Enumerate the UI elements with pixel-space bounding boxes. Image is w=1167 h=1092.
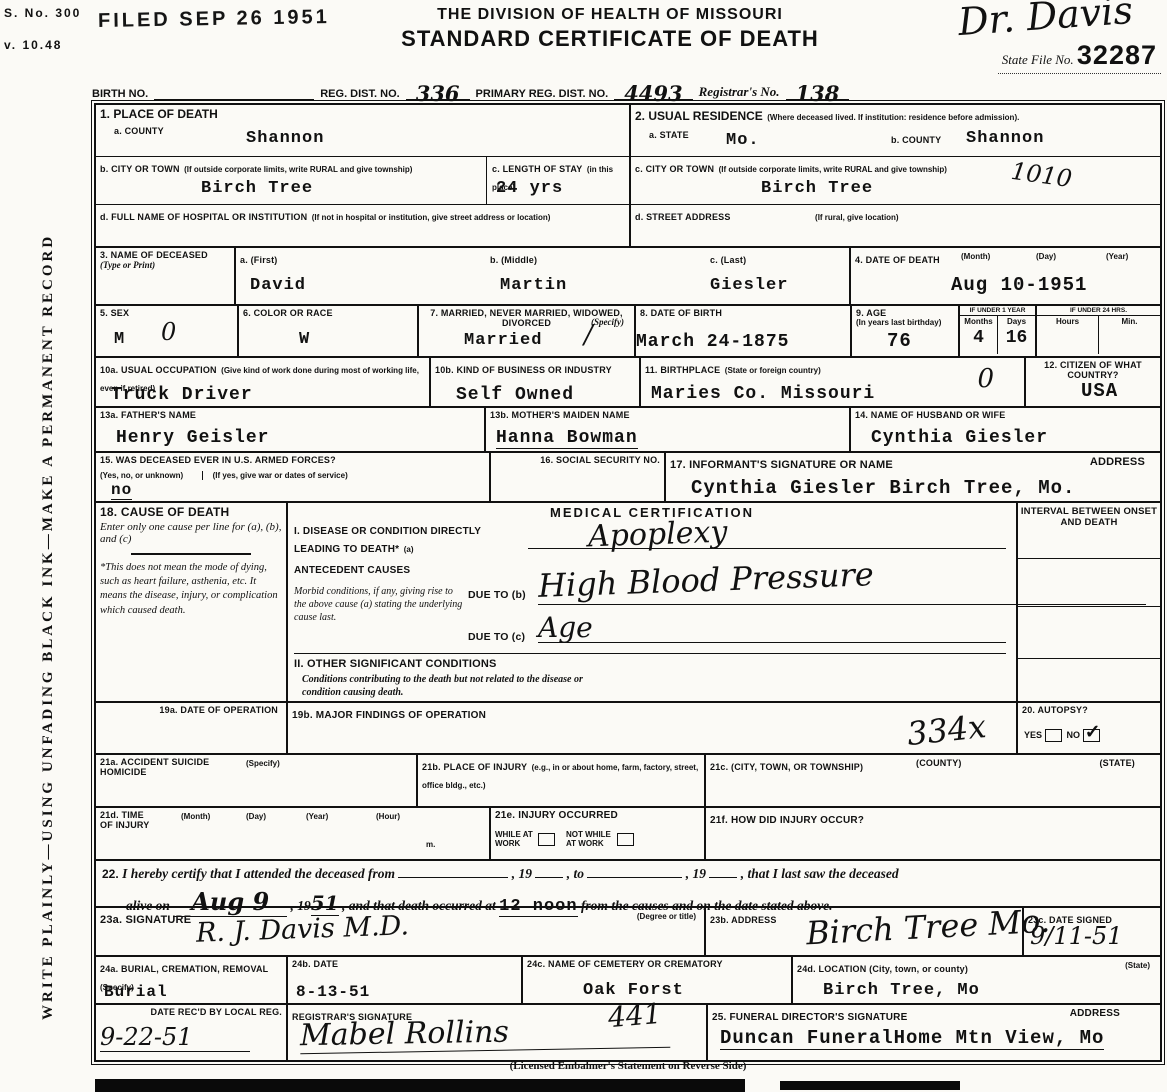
ur-title-note: (Where deceased lived. If institution: r… [767, 113, 1019, 122]
sex-label: 5. SEX [100, 308, 233, 318]
embalmer-note: (Licensed Embalmer's Statement on Revers… [94, 1060, 1162, 1072]
citizen-cell: 12. CITIZEN OF WHAT COUNTRY? USA [1026, 358, 1160, 406]
burial-location-label: 24d. LOCATION (City, town, or county) [797, 964, 968, 974]
burial-location-cell: 24d. LOCATION (City, town, or county) (S… [793, 957, 1160, 1003]
mother-value: Hanna Bowman [496, 428, 638, 449]
certify-blank-to [587, 864, 682, 878]
injury-occurred-label: 21e. INJURY OCCURRED [495, 810, 700, 821]
certify-number: 22. [102, 867, 119, 881]
age-under24-cells: Hours Min. [1037, 316, 1160, 354]
mother-label: 13b. MOTHER'S MAIDEN NAME [490, 410, 845, 420]
injury-occurred-options: WHILE AT WORK NOT WHILE AT WORK [495, 830, 634, 848]
operation-findings-cell: 19b. MAJOR FINDINGS OF OPERATION 334x [288, 703, 1018, 753]
spouse-label: 14. NAME OF HUSBAND OR WIFE [855, 410, 1156, 420]
due-b-label: DUE TO (b) [468, 589, 526, 601]
autopsy-cell: 20. AUTOPSY? YES NO ✓ [1018, 703, 1160, 753]
father-cell: 13a. FATHER'S NAME Henry Geisler [96, 408, 486, 451]
time-suffix: m. [426, 840, 435, 849]
interval-header: INTERVAL BETWEEN ONSET AND DEATH [1018, 503, 1160, 531]
header: FILED SEP 26 1951 THE DIVISION OF HEALTH… [90, 0, 1167, 75]
row-registrar: DATE REC'D BY LOCAL REG. 9-22-51 REGISTR… [96, 1005, 1160, 1060]
age-under1-cells: Months 4 Days 16 [960, 316, 1035, 354]
spouse-value: Cynthia Giesler [871, 428, 1048, 448]
row-operation: 19a. DATE OF OPERATION 19b. MAJOR FINDIN… [96, 703, 1160, 755]
color-race-cell: 6. COLOR OR RACE W [239, 306, 419, 356]
informant-cell: 17. INFORMANT'S SIGNATURE OR NAME ADDRES… [666, 453, 1160, 501]
armed-forces-note1: (Yes, no, or unknown) [100, 471, 183, 480]
burial-cell: 24a. BURIAL, CREMATION, REMOVAL (Specify… [96, 957, 288, 1003]
age-under24-header: IF UNDER 24 HRS. [1037, 306, 1160, 316]
name-middle-cell: b. (Middle) Martin [486, 248, 706, 304]
signature-label: 23a. SIGNATURE [100, 914, 191, 926]
pod-hospital-label: d. FULL NAME OF HOSPITAL OR INSTITUTION [100, 212, 307, 222]
pod-title: 1. PLACE OF DEATH [100, 107, 625, 121]
title-division: THE DIVISION OF HEALTH OF MISSOURI [390, 6, 830, 24]
time-year-label: (Year) [306, 812, 328, 821]
birthplace-value: Maries Co. Missouri [651, 384, 875, 404]
autopsy-no-checkmark: ✓ [1085, 721, 1101, 743]
certify-blank-yr1 [535, 864, 563, 878]
dob-cell: 8. DATE OF BIRTH March 24-1875 [636, 306, 852, 356]
name-first-value: David [250, 276, 482, 295]
birth-no-blank [154, 86, 314, 100]
birthplace-note: (State or foreign country) [725, 366, 821, 375]
date-of-death-cell: 4. DATE OF DEATH (Month) (Day) (Year) Au… [851, 248, 1160, 304]
title-certificate: STANDARD CERTIFICATE OF DEATH [390, 26, 830, 52]
pod-divider [486, 157, 487, 204]
filed-stamp: FILED SEP 26 1951 [98, 6, 330, 33]
age-min-label: Min. [1122, 317, 1138, 326]
armed-forces-cell: 15. WAS DECEASED EVER IN U.S. ARMED FORC… [96, 453, 491, 501]
ur-street-note: (If rural, give location) [815, 213, 899, 222]
place-of-injury-cell: 21b. PLACE OF INJURY (e.g., in or about … [418, 755, 706, 806]
reg-dist-label: REG. DIST. NO. [320, 88, 399, 100]
informant-value: Cynthia Giesler Birch Tree, Mo. [691, 477, 1075, 499]
burial-location-state-label: (State) [1125, 961, 1150, 970]
interval-line-3 [1018, 607, 1160, 659]
occupation-label: 10a. USUAL OCCUPATION [100, 365, 217, 375]
date-received-cell: DATE REC'D BY LOCAL REG. 9-22-51 [96, 1005, 288, 1060]
signature-address-label: 23b. ADDRESS [710, 915, 777, 925]
pod-county-label: a. COUNTY [114, 126, 164, 136]
scan-artifact-bar [95, 1079, 745, 1092]
row-informant: 15. WAS DECEASED EVER IN U.S. ARMED FORC… [96, 453, 1160, 503]
ur-city-cell: c. CITY OR TOWN (If outside corporate li… [631, 157, 1160, 205]
dod-year-label: (Year) [1106, 252, 1128, 261]
time-of-injury-label: 21d. TIME OF INJURY [100, 810, 155, 830]
business-cell: 10b. KIND OF BUSINESS OR INDUSTRY Self O… [431, 358, 641, 406]
marital-annotation: / [584, 320, 593, 350]
name-middle-label: b. (Middle) [490, 255, 537, 265]
marital-note: (Specify) [591, 317, 624, 327]
citizen-value: USA [1081, 380, 1118, 402]
cause-footnote: *This does not mean the mode of dying, s… [100, 561, 282, 618]
age-months-label: Months [964, 317, 992, 326]
age-label-note: (In years last birthday) [856, 318, 954, 327]
funeral-director-value: Duncan FuneralHome Mtn View, Mo [720, 1027, 1104, 1050]
time-of-injury-cell: 21d. TIME OF INJURY (Month) (Day) (Year)… [96, 808, 491, 859]
operation-date-label: 19a. DATE OF OPERATION [100, 705, 282, 715]
row-burial: 24a. BURIAL, CREMATION, REMOVAL (Specify… [96, 957, 1160, 1005]
while-at-work-label: WHILE AT WORK [495, 830, 535, 848]
how-injury-label: 21f. HOW DID INJURY OCCUR? [710, 815, 864, 826]
armed-forces-note2: (If yes, give war or dates of service) [202, 471, 348, 480]
due-c-value: Age [538, 611, 593, 644]
date-signed-value: 9/11-51 [1030, 922, 1123, 950]
date-signed-cell: 23c. DATE SIGNED 9/11-51 [1024, 908, 1160, 955]
other-conditions-label: II. OTHER SIGNIFICANT CONDITIONS [294, 653, 1006, 670]
injury-city-label: 21c. (CITY, TOWN, OR TOWNSHIP) [710, 762, 863, 772]
due-b-value: High Blood Pressure [537, 555, 874, 605]
signature-degree-note: (Degree or title) [637, 912, 696, 921]
not-while-at-work-checkbox [617, 833, 634, 846]
how-injury-cell: 21f. HOW DID INJURY OCCUR? [706, 808, 1160, 859]
age-label: 9. AGE [856, 308, 954, 318]
injury-occurred-cell: 21e. INJURY OCCURRED WHILE AT WORK NOT W… [491, 808, 706, 859]
dod-label: 4. DATE OF DEATH [855, 255, 940, 265]
due-c-label: DUE TO (c) [468, 631, 525, 643]
burial-value: Burial [104, 983, 168, 1001]
age-under1-header: IF UNDER 1 YEAR [960, 306, 1035, 316]
name-last-value: Giesler [710, 276, 845, 295]
cause-instruction: Enter only one cause per line for (a), (… [100, 521, 282, 545]
pod-hospital-cell: d. FULL NAME OF HOSPITAL OR INSTITUTION … [96, 205, 629, 246]
ssn-cell: 16. SOCIAL SECURITY NO. [491, 453, 666, 501]
birthplace-annotation: 0 [977, 364, 994, 394]
marital-value: Married [464, 331, 542, 350]
place-of-injury-label: 21b. PLACE OF INJURY [422, 762, 527, 772]
name-label-note: (Type or Print) [100, 260, 230, 270]
disease-line: Apoplexy [528, 517, 1006, 549]
age-min-cell: Min. [1098, 316, 1160, 354]
ur-city-annotation: 1010 [1009, 157, 1073, 193]
place-of-death-section: 1. PLACE OF DEATH a. COUNTY Shannon b. C… [96, 105, 631, 246]
business-label: 10b. KIND OF BUSINESS OR INDUSTRY [435, 365, 612, 375]
accident-label: 21a. ACCIDENT SUICIDE HOMICIDE [100, 757, 220, 777]
injury-county-label: (COUNTY) [916, 758, 962, 768]
interval-line-1 [1018, 531, 1160, 559]
ur-city-value: Birch Tree [761, 179, 873, 198]
autopsy-options: YES NO ✓ [1024, 729, 1100, 742]
row-occupation: 10a. USUAL OCCUPATION (Give kind of work… [96, 358, 1160, 408]
age-days-label: Days [1007, 317, 1026, 326]
title-block: THE DIVISION OF HEALTH OF MISSOURI STAND… [390, 6, 830, 52]
signature-cell: 23a. SIGNATURE (Degree or title) R. J. D… [96, 908, 706, 955]
signature-address-value: Birch Tree Mo. [805, 902, 1051, 953]
ur-state-value: Mo. [726, 131, 760, 150]
row-certify-statement: 22. I hereby certify that I attended the… [96, 861, 1160, 908]
funeral-director-label: 25. FUNERAL DIRECTOR'S SIGNATURE [712, 1012, 907, 1023]
age-hours-label: Hours [1056, 317, 1079, 326]
business-value: Self Owned [456, 385, 574, 405]
row-injury-time: 21d. TIME OF INJURY (Month) (Day) (Year)… [96, 808, 1160, 861]
reg-dist-value: 336 [406, 89, 470, 100]
pod-stay-cell: c. LENGTH OF STAY (in this place) 24 yrs [488, 157, 629, 204]
name-last-cell: c. (Last) Giesler [706, 248, 851, 304]
row-place-residence: 1. PLACE OF DEATH a. COUNTY Shannon b. C… [96, 105, 1160, 248]
disease-value: Apoplexy [587, 515, 727, 555]
operation-findings-annotation: 334x [905, 707, 988, 753]
dod-day-label: (Day) [1036, 252, 1056, 261]
doctor-signature-handwriting: Dr. Davis [957, 0, 1135, 44]
sex-annotation: 0 [161, 318, 176, 346]
date-received-label: DATE REC'D BY LOCAL REG. [100, 1007, 282, 1017]
age-months-value: 4 [960, 328, 997, 348]
burial-date-label: 24b. DATE [292, 959, 517, 969]
disease-label-block: I. DISEASE OR CONDITION DIRECTLY LEADING… [294, 521, 524, 557]
ur-title: 2. USUAL RESIDENCE [635, 109, 763, 123]
autopsy-yes-label: YES [1024, 730, 1042, 740]
name-label: 3. NAME OF DECEASED [100, 250, 230, 260]
row-injury-place: 21a. ACCIDENT SUICIDE HOMICIDE (Specify)… [96, 755, 1160, 808]
color-race-value: W [299, 330, 310, 349]
certify-text-1: I hereby certify that I attended the dec… [122, 866, 395, 881]
ur-state-label: a. STATE [649, 130, 689, 140]
birth-no-label: BIRTH NO. [92, 88, 148, 100]
autopsy-no-checkbox: ✓ [1083, 729, 1100, 742]
spouse-cell: 14. NAME OF HUSBAND OR WIFE Cynthia Gies… [851, 408, 1160, 451]
age-hours-cell: Hours [1037, 316, 1098, 354]
ur-county-label: b. COUNTY [891, 135, 941, 145]
injury-city-cell: 21c. (CITY, TOWN, OR TOWNSHIP) (COUNTY) … [706, 755, 1160, 806]
age-value: 76 [887, 330, 912, 352]
birthplace-cell: 11. BIRTHPLACE (State or foreign country… [641, 358, 1026, 406]
state-file-value: 32287 [1077, 40, 1157, 70]
registrar-no-label: Registrar's No. [699, 84, 780, 100]
marital-cell: 7. MARRIED, NEVER MARRIED, WIDOWED, DIVO… [419, 306, 636, 356]
burial-label: 24a. BURIAL, CREMATION, REMOVAL [100, 964, 268, 974]
revision-number: v. 10.48 [4, 38, 62, 52]
pod-stay-label: c. LENGTH OF STAY [492, 164, 582, 174]
funeral-address-label: ADDRESS [1070, 1008, 1120, 1019]
pod-stay-value: 24 yrs [496, 179, 563, 198]
dod-month-label: (Month) [961, 252, 990, 261]
funeral-director-cell: 25. FUNERAL DIRECTOR'S SIGNATURE ADDRESS… [708, 1005, 1160, 1060]
usual-residence-section: 2. USUAL RESIDENCE (Where deceased lived… [631, 105, 1160, 246]
header-right: Dr. Davis State File No. 32287 [863, 0, 1163, 75]
certify-blank-yr2 [709, 864, 737, 878]
registrar-signature-cell: REGISTRAR'S SIGNATURE 441 Mabel Rollins [288, 1005, 708, 1060]
certify-text-3: , to [567, 866, 584, 881]
cause-divider [131, 553, 251, 555]
antecedent-label: ANTECEDENT CAUSES [294, 565, 410, 576]
registrar-no-value: 138 [786, 89, 850, 100]
certificate-form: 1. PLACE OF DEATH a. COUNTY Shannon b. C… [94, 103, 1162, 1062]
age-months-cell: Months 4 [960, 316, 997, 354]
disease-sub-label: (a) [404, 545, 414, 554]
name-label-cell: 3. NAME OF DECEASED (Type or Print) [96, 248, 236, 304]
father-value: Henry Geisler [116, 428, 269, 448]
age-under24-group: IF UNDER 24 HRS. Hours Min. [1037, 306, 1160, 356]
accident-cell: 21a. ACCIDENT SUICIDE HOMICIDE (Specify) [96, 755, 418, 806]
signature-address-cell: 23b. ADDRESS Birch Tree Mo. [706, 908, 1024, 955]
state-file-label: State File No. [1002, 52, 1074, 67]
certify-text-5: , that I last saw the deceased [741, 866, 899, 881]
occupation-cell: 10a. USUAL OCCUPATION (Give kind of work… [96, 358, 431, 406]
informant-address-label: ADDRESS [1090, 456, 1145, 468]
age-days-cell: Days 16 [997, 316, 1035, 354]
armed-forces-value: no [111, 481, 132, 500]
interval-cell: INTERVAL BETWEEN ONSET AND DEATH [1018, 503, 1160, 701]
time-day-label: (Day) [246, 812, 266, 821]
age-cell: 9. AGE (In years last birthday) 76 [852, 306, 960, 356]
margin-instruction-text: WRITE PLAINLY—USING UNFADING BLACK INK—M… [40, 200, 57, 1020]
row-parents: 13a. FATHER'S NAME Henry Geisler 13b. MO… [96, 408, 1160, 453]
ur-city-label: c. CITY OR TOWN [635, 164, 714, 174]
certify-blank-from [398, 864, 508, 878]
occupation-value: Truck Driver [111, 385, 253, 405]
pod-county-value: Shannon [246, 129, 324, 148]
sex-cell: 5. SEX M 0 [96, 306, 239, 356]
time-month-label: (Month) [181, 812, 210, 821]
interval-line-2 [1018, 559, 1160, 607]
cause-left-cell: 18. CAUSE OF DEATH Enter only one cause … [96, 503, 288, 701]
date-received-value: 9-22-51 [100, 1023, 250, 1052]
primary-reg-value: 4493 [614, 89, 692, 100]
pod-city-note: (If outside corporate limits, write RURA… [184, 165, 412, 174]
pod-hospital-note: (If not in hospital or institution, give… [312, 213, 551, 222]
color-race-label: 6. COLOR OR RACE [243, 308, 413, 318]
pod-city-label: b. CITY OR TOWN [100, 164, 180, 174]
ssn-label: 16. SOCIAL SECURITY NO. [495, 455, 660, 465]
dob-label: 8. DATE OF BIRTH [640, 308, 846, 318]
name-first-cell: a. (First) David [236, 248, 486, 304]
signature-value: R. J. Davis M.D. [196, 910, 410, 948]
time-hour-label: (Hour) [376, 812, 400, 821]
not-while-at-work-label: NOT WHILE AT WORK [566, 830, 614, 848]
other-conditions-note: Conditions contributing to the death but… [302, 673, 622, 699]
injury-state-label: (STATE) [1099, 758, 1135, 768]
primary-reg-label: PRIMARY REG. DIST. NO. [476, 88, 609, 100]
citizen-label: 12. CITIZEN OF WHAT COUNTRY? [1030, 360, 1156, 380]
ur-state-county-cell: 2. USUAL RESIDENCE (Where deceased lived… [631, 105, 1160, 157]
death-certificate-scan: S. No. 300 v. 10.48 WRITE PLAINLY—USING … [0, 0, 1167, 1092]
father-label: 13a. FATHER'S NAME [100, 410, 480, 420]
due-c-line: Age [538, 611, 1006, 643]
disease-label: I. DISEASE OR CONDITION DIRECTLY LEADING… [294, 526, 481, 555]
mother-cell: 13b. MOTHER'S MAIDEN NAME Hanna Bowman [486, 408, 851, 451]
certify-text-2: , 19 [512, 866, 532, 881]
armed-forces-label: 15. WAS DECEASED EVER IN U.S. ARMED FORC… [100, 455, 485, 465]
certify-text-4: , 19 [686, 866, 706, 881]
cemetery-value: Oak Forst [583, 981, 684, 1000]
registrar-signature-value: Mabel Rollins [300, 1012, 671, 1054]
autopsy-yes-checkbox [1045, 729, 1062, 742]
name-first-label: a. (First) [240, 255, 278, 265]
autopsy-no-label: NO [1067, 730, 1081, 740]
name-middle-value: Martin [500, 276, 702, 295]
autopsy-label: 20. AUTOPSY? [1022, 705, 1156, 715]
scan-artifact-bar-2 [780, 1081, 960, 1090]
dob-value: March 24-1875 [636, 332, 789, 352]
age-days-value: 16 [998, 328, 1035, 348]
row-name-date: 3. NAME OF DECEASED (Type or Print) a. (… [96, 248, 1160, 306]
ur-county-value: Shannon [966, 129, 1044, 148]
registration-line: BIRTH NO. REG. DIST. NO. 336 PRIMARY REG… [92, 76, 1164, 102]
burial-date-value: 8-13-51 [296, 983, 370, 1001]
row-signature: 23a. SIGNATURE (Degree or title) R. J. D… [96, 908, 1160, 957]
pod-city-cell: b. CITY OR TOWN (If outside corporate li… [96, 157, 486, 204]
informant-label: 17. INFORMANT'S SIGNATURE OR NAME [670, 459, 893, 471]
medical-certification-cell: MEDICAL CERTIFICATION I. DISEASE OR COND… [288, 503, 1018, 701]
ur-street-label: d. STREET ADDRESS [635, 212, 731, 222]
cemetery-label: 24c. NAME OF CEMETERY OR CREMATORY [527, 959, 787, 969]
while-at-work-checkbox [538, 833, 555, 846]
sex-value: M [114, 330, 125, 349]
name-last-label: c. (Last) [710, 255, 746, 265]
state-file-no: State File No. 32287 [998, 40, 1161, 74]
pod-county-cell: 1. PLACE OF DEATH a. COUNTY Shannon [96, 105, 629, 157]
dod-value: Aug 10-1951 [951, 274, 1087, 296]
left-margin: S. No. 300 v. 10.48 WRITE PLAINLY—USING … [0, 0, 90, 1092]
age-under1-group: IF UNDER 1 YEAR Months 4 Days 16 [960, 306, 1037, 356]
row-sex-age: 5. SEX M 0 6. COLOR OR RACE W 7. MARRIED… [96, 306, 1160, 358]
cause-label: 18. CAUSE OF DEATH [100, 505, 282, 519]
ur-street-cell: d. STREET ADDRESS (If rural, give locati… [631, 205, 1160, 246]
operation-findings-label: 19b. MAJOR FINDINGS OF OPERATION [292, 710, 486, 721]
pod-city-row: b. CITY OR TOWN (If outside corporate li… [96, 157, 629, 205]
form-number: S. No. 300 [4, 6, 81, 20]
antecedent-note: Morbid conditions, if any, giving rise t… [294, 585, 464, 624]
birthplace-label: 11. BIRTHPLACE [645, 365, 720, 375]
row-cause-of-death: 18. CAUSE OF DEATH Enter only one cause … [96, 503, 1160, 703]
accident-note: (Specify) [246, 759, 280, 768]
pod-city-value: Birch Tree [201, 179, 313, 198]
burial-date-cell: 24b. DATE 8-13-51 [288, 957, 523, 1003]
operation-date-cell: 19a. DATE OF OPERATION [96, 703, 288, 753]
burial-location-value: Birch Tree, Mo [823, 981, 980, 1000]
ur-city-note: (If outside corporate limits, write RURA… [719, 165, 947, 174]
